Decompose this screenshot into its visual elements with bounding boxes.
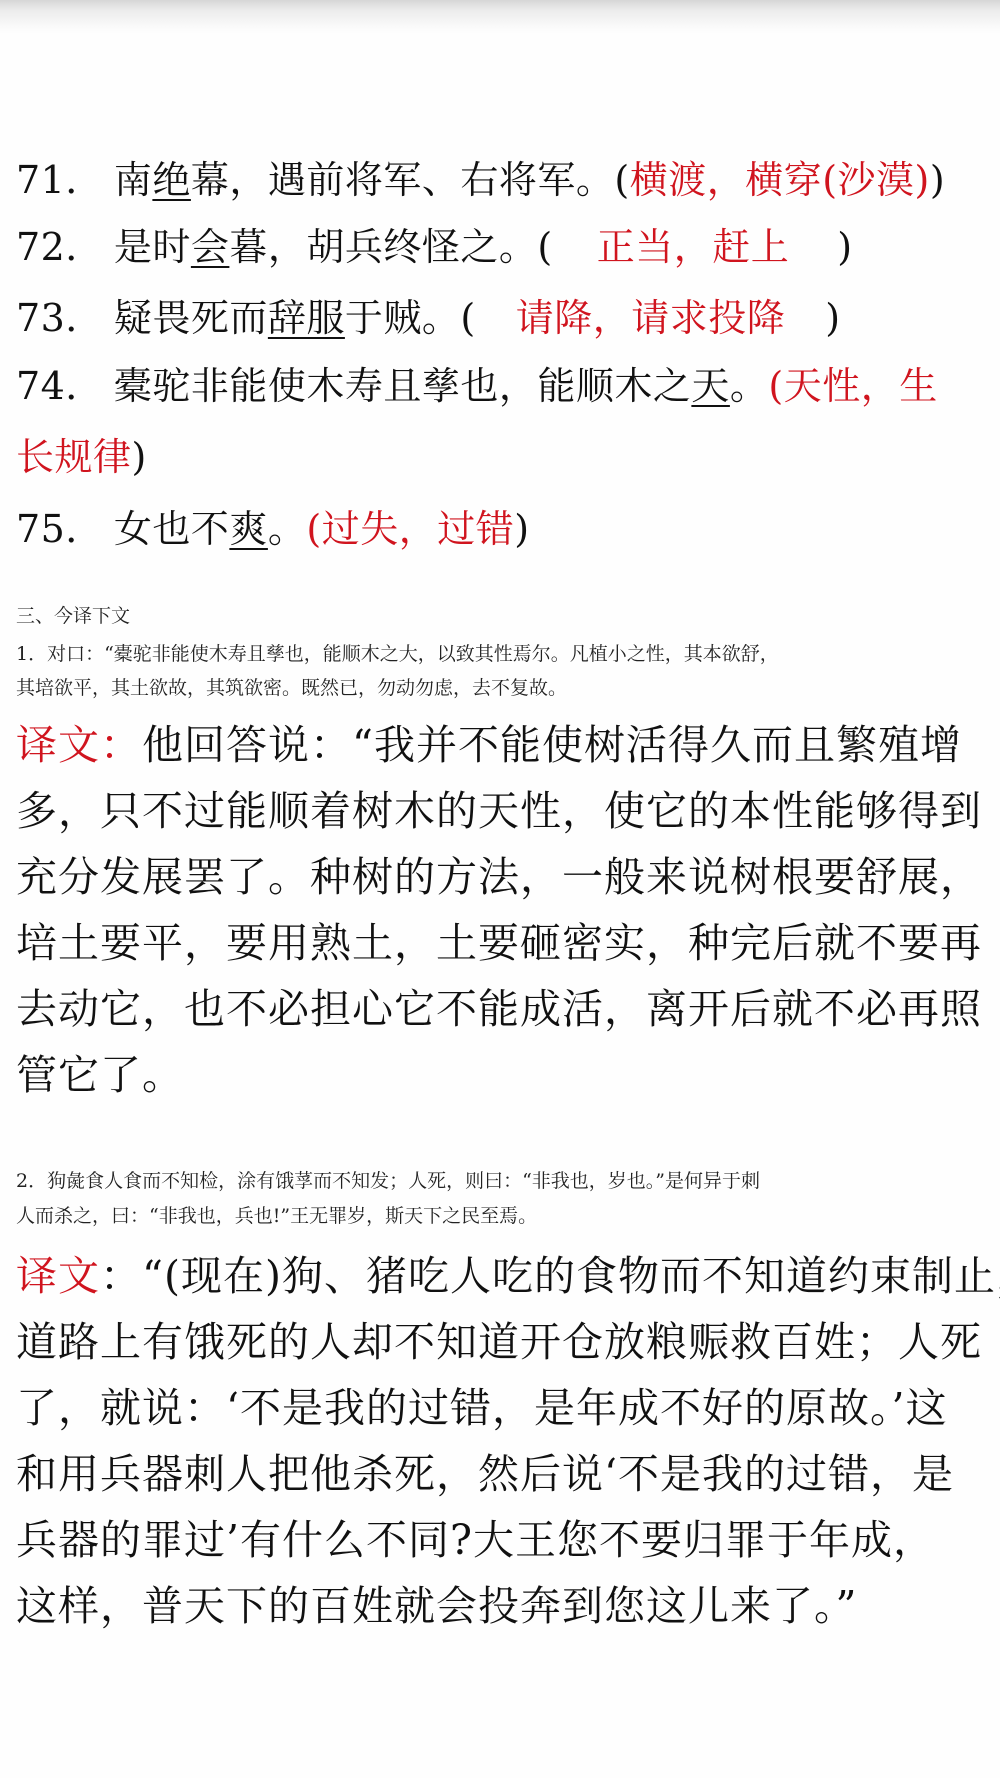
question-text: 是时 [114, 225, 191, 269]
translation-line: 了，就说：‘不是我的过错，是年成不好的原故。’这 [16, 1375, 976, 1441]
paren-open: ( [614, 158, 629, 202]
answer: 正当，赶上 [597, 225, 790, 269]
answer: 横渡，横穿(沙漠) [630, 158, 930, 202]
question-73: 73．疑畏死而辞服于贼。(请降，请求投降) [16, 294, 841, 342]
paren-open: ( [537, 225, 552, 269]
translation-line: 和用兵器刺人把他杀死，然后说‘不是我的过错，是 [16, 1441, 976, 1507]
question-75: 75．女也不爽。(过失，过错) [16, 505, 530, 553]
passage-1-translation: 译文：他回答说：“我并不能使树活得久而且繁殖增 多，只不过能顺着树木的天性，使它… [16, 712, 976, 1108]
translation-line: 去动它，也不必担心它不能成活，离开后就不必再照 [16, 976, 976, 1042]
underlined-word: 爽 [229, 507, 268, 551]
question-text: 。 [268, 507, 307, 551]
translation-line: 译文：他回答说：“我并不能使树活得久而且繁殖增 [16, 712, 976, 778]
translation-line: 这样，普天下的百姓就会投奔到您这儿来了。” [16, 1573, 976, 1639]
question-number: 73． [16, 296, 104, 340]
top-shadow [0, 0, 1000, 34]
underlined-word: 会 [191, 225, 230, 269]
question-text: 暮，胡兵终怪之。 [229, 225, 537, 269]
question-text: 南 [114, 158, 153, 202]
question-text: 于贼。 [345, 296, 461, 340]
translation-line: 培土要平，要用熟土，土要砸密实，种完后就不要再 [16, 910, 976, 976]
paren-open: ( [460, 296, 475, 340]
question-72: 72．是时会暮，胡兵终怪之。(正当，赶上) [16, 223, 853, 271]
translation-line: 道路上有饿死的人却不知道开仓放粮赈救百姓；人死 [16, 1309, 976, 1375]
underlined-word: 辞服 [268, 296, 345, 340]
question-number: 72． [16, 225, 104, 269]
question-text: 幕，遇前将军、右将军。 [191, 158, 615, 202]
question-text: 女也不 [114, 507, 230, 551]
paren-close: ) [837, 225, 852, 269]
passage-2-translation: 译文：“(现在)狗、猪吃人吃的食物而不知道约束制止， 道路上有饿死的人却不知道开… [16, 1243, 976, 1639]
passage-1-source-line: 1．对口：“橐驼非能使木寿且孳也，能顺木之大，以致其性焉尔。凡植小之性，其本欲舒… [16, 638, 779, 670]
answer: (过失，过错 [306, 507, 514, 551]
passage-2-source-line: 人而杀之，曰：“非我也，兵也!”王无罪岁，斯天下之民至焉。 [16, 1200, 537, 1232]
paren-close: ) [930, 158, 945, 202]
passage-2-source-line: 2．狗彘食人食而不知检，涂有饿莩而不知发；人死，则曰：“非我也，岁也。”是何异于… [16, 1165, 760, 1197]
question-number: 71． [16, 158, 104, 202]
translation-line: 充分发展罢了。种树的方法，一般来说树根要舒展， [16, 844, 976, 910]
paren-close: ) [514, 507, 529, 551]
question-text: 。 [730, 364, 769, 408]
paren-close: ) [132, 435, 147, 479]
question-71: 71．南绝幕，遇前将军、右将军。(横渡，横穿(沙漠)) [16, 156, 945, 204]
question-text: 橐驼非能使木寿且孳也，能顺木之 [114, 364, 692, 408]
question-number: 74． [16, 364, 104, 408]
question-number: 75． [16, 507, 104, 551]
answer: 请降，请求投降 [516, 296, 786, 340]
translation-label: 译文： [16, 721, 142, 769]
answer: (天性，生 [768, 364, 937, 408]
underlined-word: 绝 [152, 158, 191, 202]
underlined-word: 天 [691, 364, 730, 408]
question-74-continued: 长规律) [16, 433, 147, 481]
translation-line: 兵器的罪过’有什么不同?大王您不要归罪于年成， [16, 1507, 976, 1573]
translation-line: 管它了。 [16, 1042, 976, 1108]
question-74: 74．橐驼非能使木寿且孳也，能顺木之天。(天性，生 [16, 362, 938, 410]
paren-close: ) [825, 296, 840, 340]
section-heading: 三、今译下文 [16, 600, 130, 632]
question-text: 疑畏死而 [114, 296, 268, 340]
passage-1-source-line: 其培欲平，其土欲故，其筑欲密。既然已，勿动勿虑，去不复故。 [16, 672, 567, 704]
translation-line: 译文：“(现在)狗、猪吃人吃的食物而不知道约束制止， [16, 1243, 976, 1309]
translation-line: 多，只不过能顺着树木的天性，使它的本性能够得到 [16, 778, 976, 844]
answer: 长规律 [16, 435, 132, 479]
translation-label: 译文 [16, 1252, 100, 1300]
